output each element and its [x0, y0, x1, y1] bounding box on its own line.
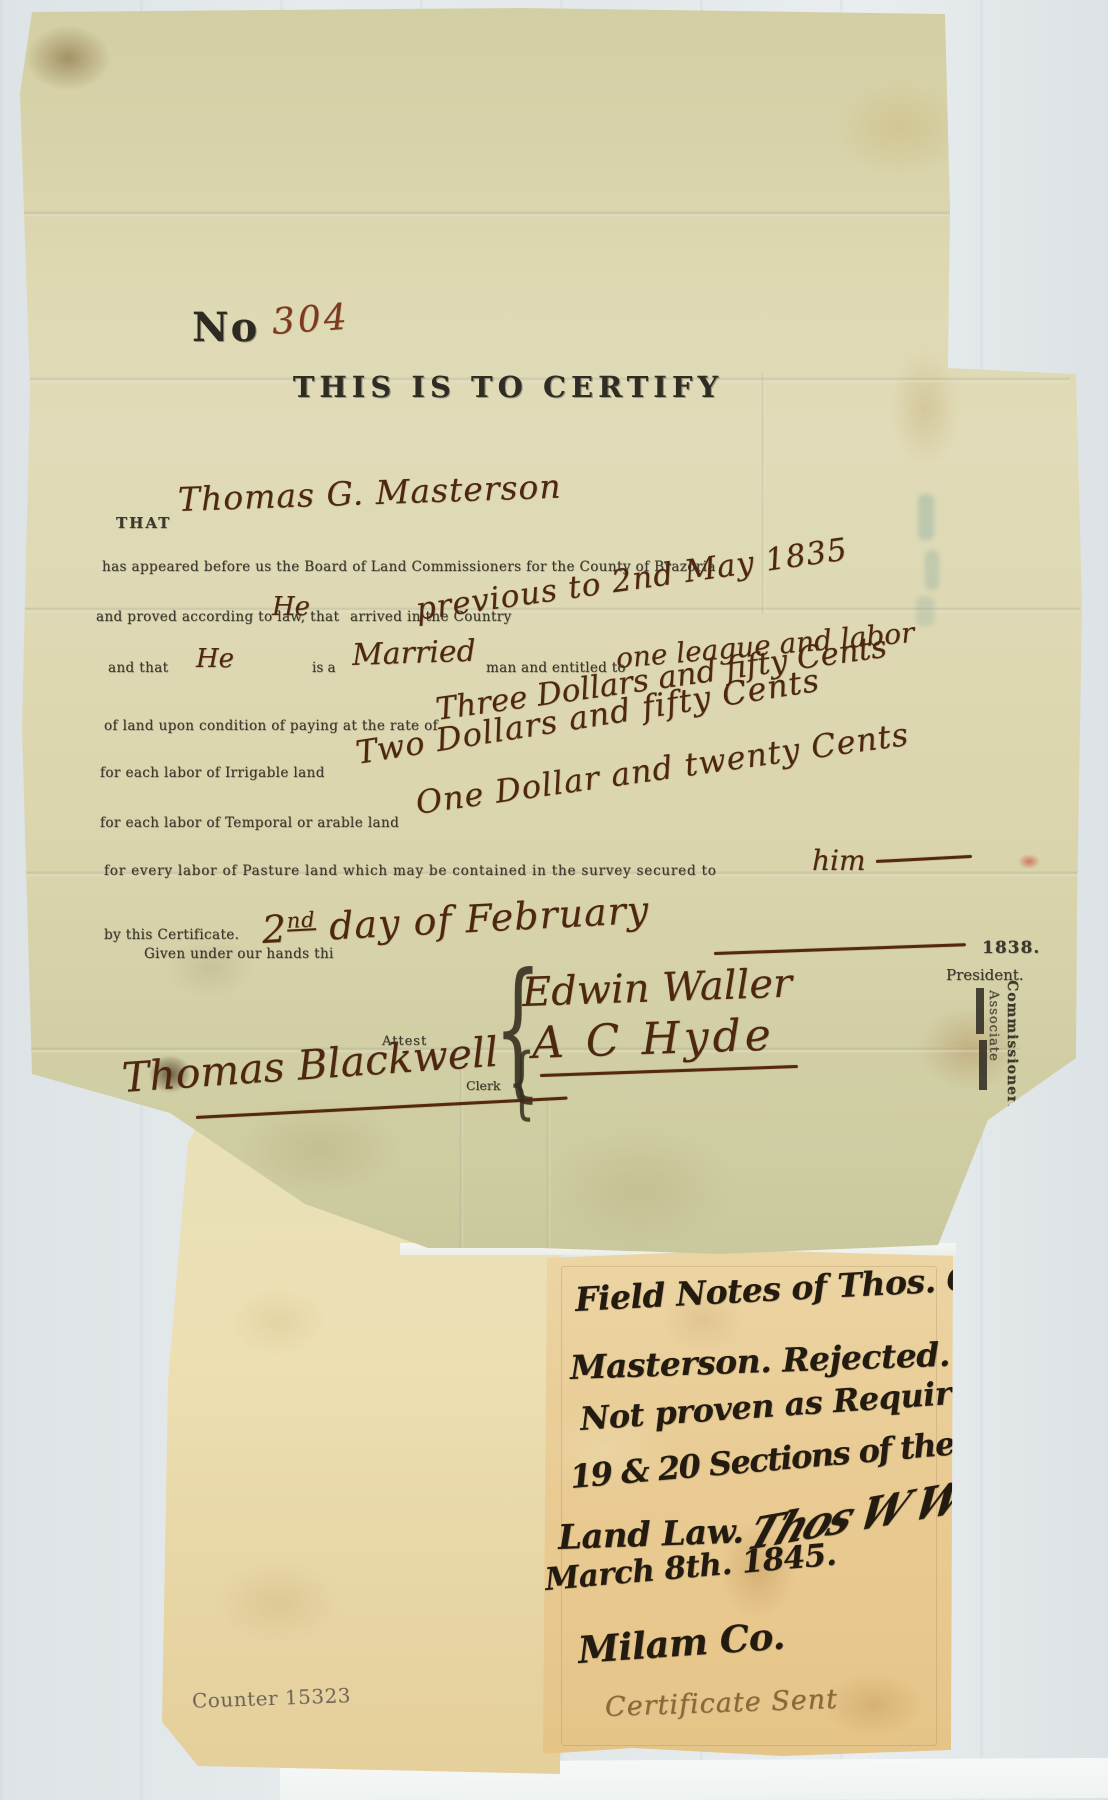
line-bythis: by this Certificate. [104, 927, 239, 943]
month-written: February [464, 888, 650, 942]
date-written: 2nd day of February [261, 888, 650, 952]
vertical-crease [547, 1098, 550, 1250]
day-written: 2 [261, 907, 288, 952]
line-irrigable: for each labor of Irrigable land [100, 765, 325, 781]
vertical-crease [460, 1048, 463, 1253]
ink-dash [714, 943, 966, 954]
year-printed: 1838. [982, 938, 1040, 958]
pronoun-1: He [272, 592, 310, 622]
associate-label: Associate [986, 990, 1001, 1062]
signature-rule-mark [976, 988, 984, 1034]
signature-clerk: Thomas Blackwell [120, 1028, 499, 1102]
line-temporal: for each labor of Temporal or arable lan… [100, 815, 399, 831]
marital-written: Married [351, 634, 476, 673]
day-suffix: nd [286, 908, 316, 933]
signature-president: Edwin Waller [521, 961, 793, 1016]
counter-annotation: Counter 15323 [192, 1683, 352, 1713]
ink-bleed-mark [916, 596, 934, 626]
certificate-number: 304 [271, 297, 351, 343]
arrival-written: previous to 2nd May 1835 [413, 532, 849, 628]
field-notes-paper: Field Notes of Thos. G Masterson. Reject… [543, 1250, 953, 1758]
pasture-written: him [812, 844, 866, 877]
certificate-paper: No 304 THIS IS TO CERTIFY THAT Thomas G.… [20, 8, 1085, 1260]
fold-line [20, 212, 950, 216]
pronoun-2: He [196, 644, 234, 674]
ink-bleed-mark [925, 550, 939, 590]
certificate-heading: THIS IS TO CERTIFY [278, 370, 738, 404]
signature-associate: A C Hyde [531, 1010, 775, 1069]
clerk-label: Clerk [466, 1078, 501, 1093]
red-ink-mark [1018, 854, 1040, 869]
ink-bleed-mark [918, 494, 934, 540]
grantee-name: Thomas G. Masterson [177, 467, 562, 519]
clerk-brace: { [508, 1044, 535, 1122]
line-pasture: for every labor of Pasture land which ma… [104, 863, 717, 879]
line-isa: is a [312, 660, 336, 676]
dayof-written: day of [328, 898, 454, 948]
ink-dash [876, 855, 972, 863]
certificate-number-label: No [192, 304, 259, 351]
scanned-document-background: Counter 15323 Field Notes of Thos. G Mas… [0, 0, 1108, 1800]
commissioners-label: Commissioners [1004, 980, 1020, 1113]
that-label: THAT [116, 514, 171, 532]
line-andthat: and that [108, 660, 168, 676]
